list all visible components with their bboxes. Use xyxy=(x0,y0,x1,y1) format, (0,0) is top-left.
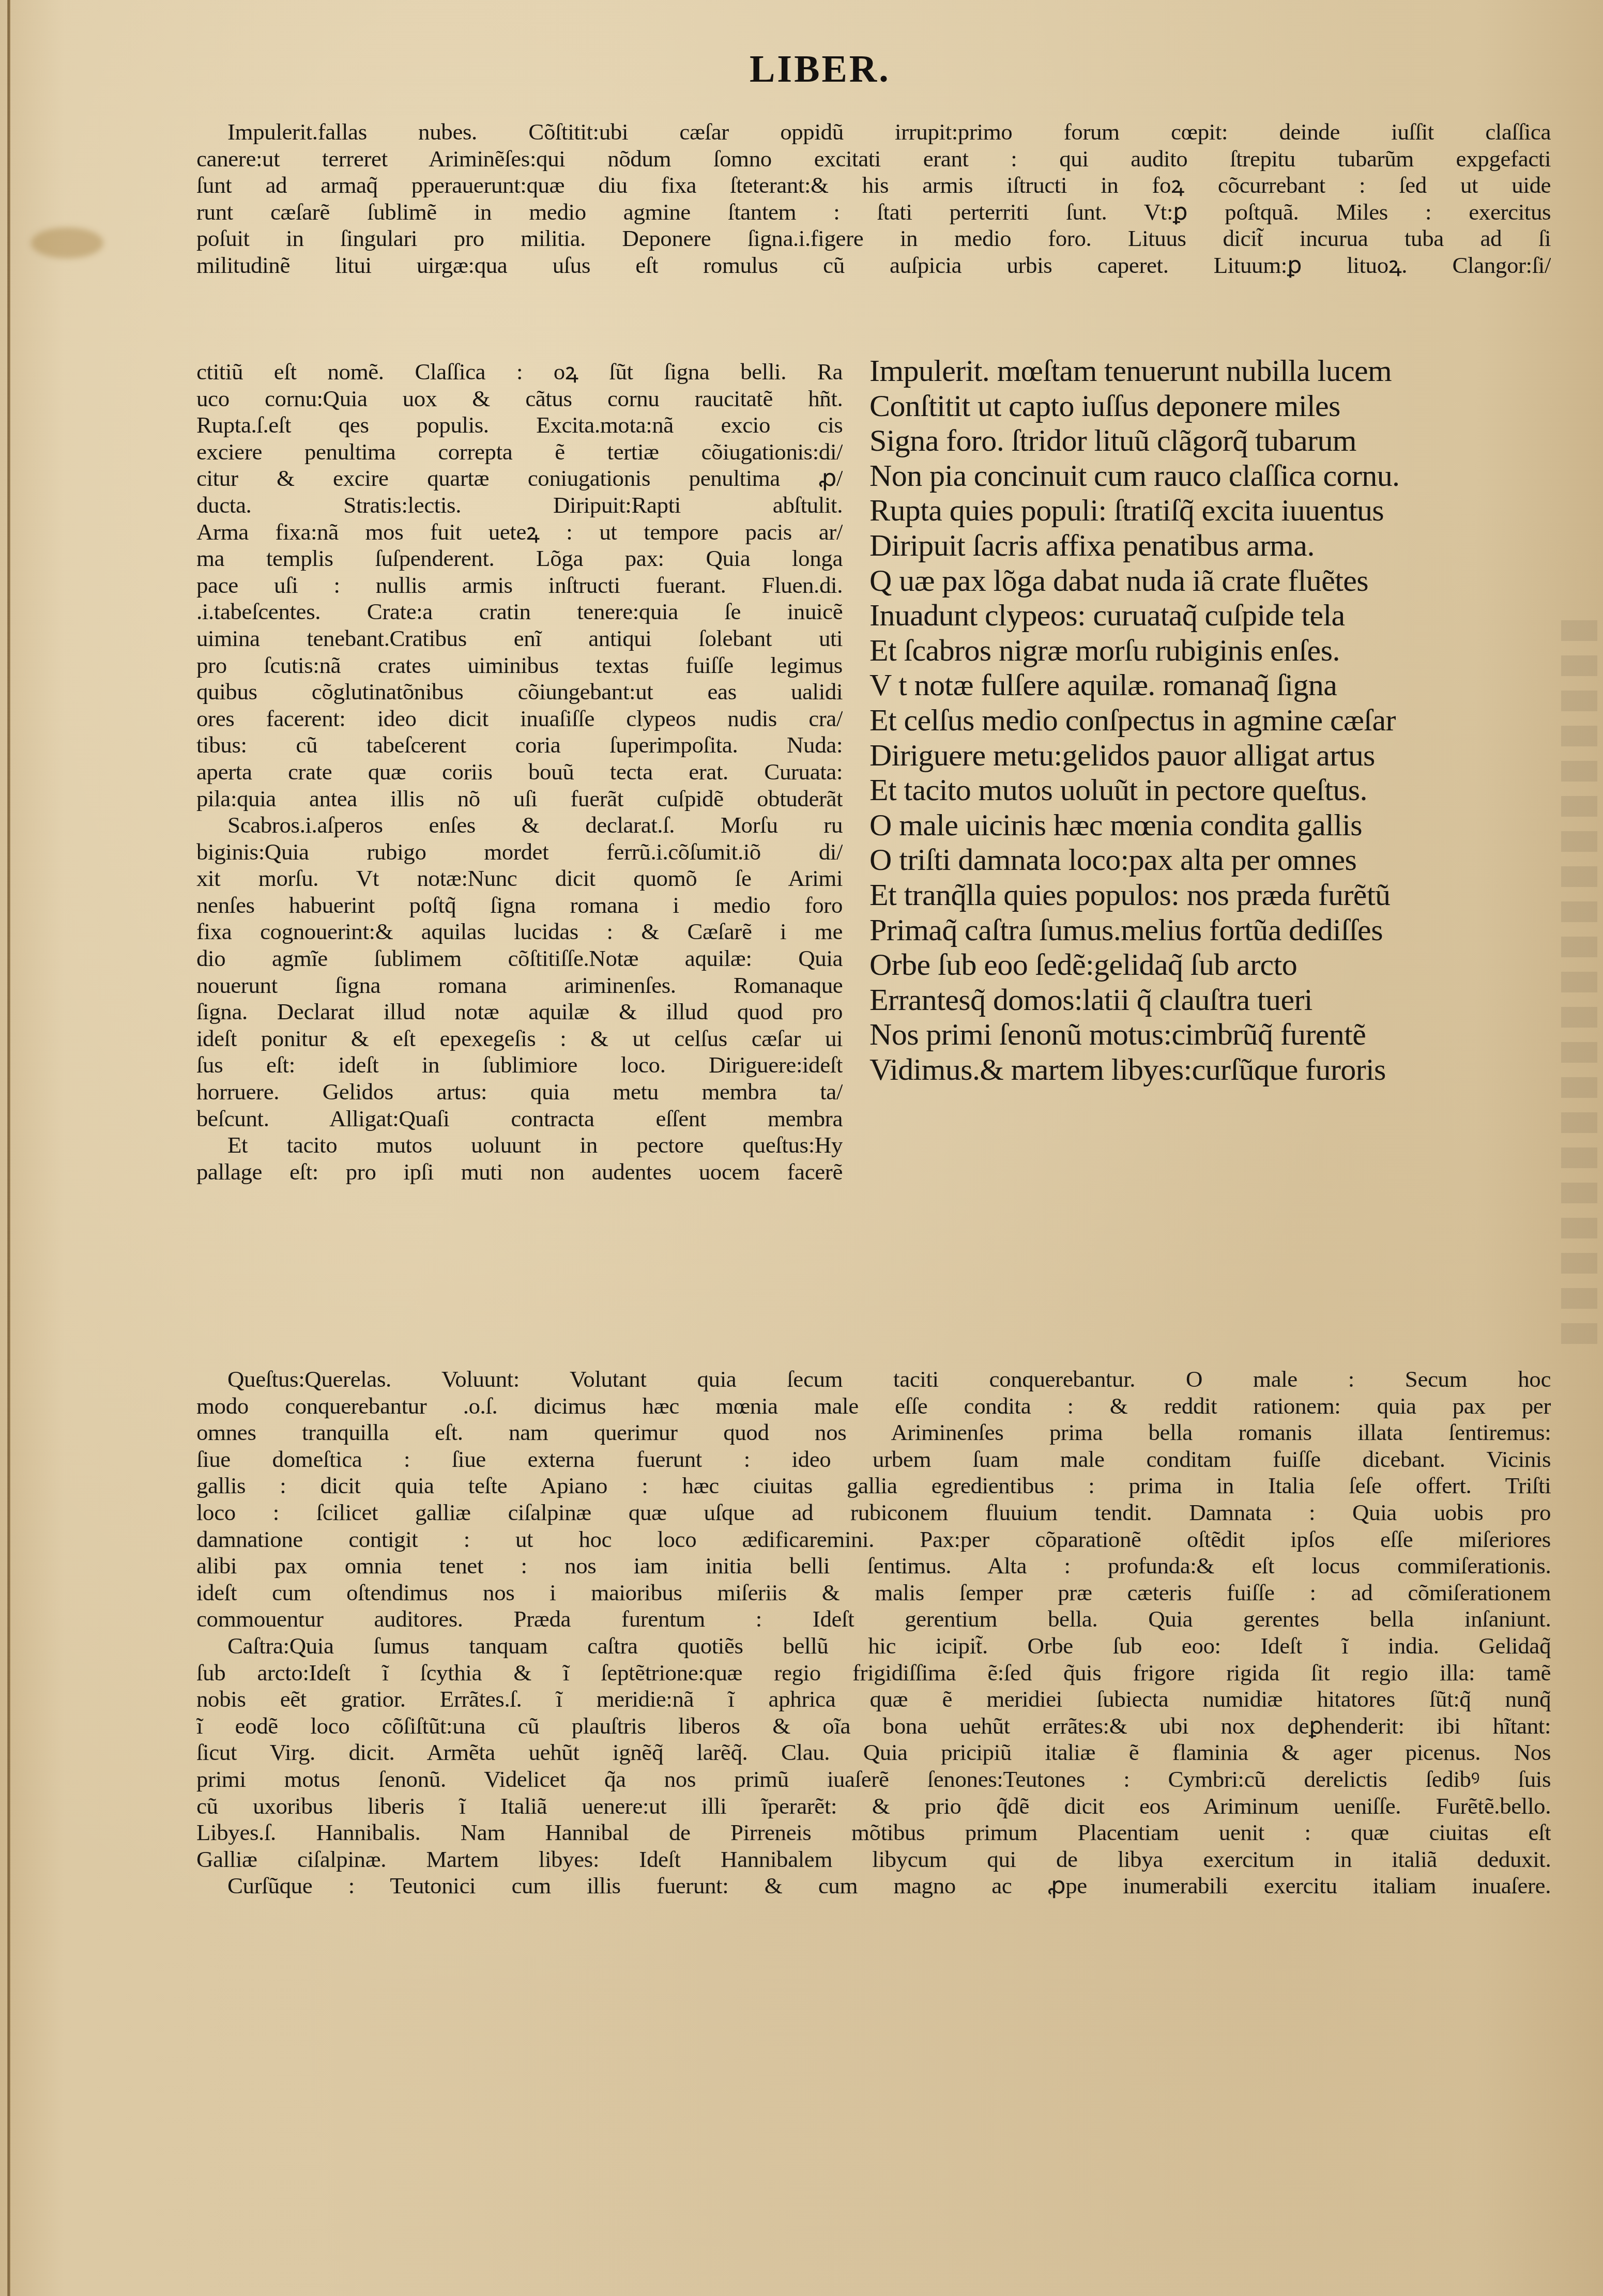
commentary-line: ĩ eodẽ loco cõſiſtũt:una cũ plauſtris li… xyxy=(196,1713,1551,1740)
commentary-line: nobis eẽt gratior. Errãtes.ſ. ĩ meridie:… xyxy=(196,1686,1551,1713)
verse-line: Conſtitit ut capto iuſſus deponere miles xyxy=(869,389,1562,424)
commentary-line: ideſt cum oſtendimus nos i maioribus miſ… xyxy=(196,1580,1551,1606)
commentary-line: Libyes.ſ. Hannibalis. Nam Hannibal de Pi… xyxy=(196,1819,1551,1846)
verse-line: Errantesq̃ domos:latii q̃ clauſtra tueri xyxy=(869,983,1562,1018)
commentary-line: dio agmĩe ſublimem cõſtitiſſe.Notæ aquil… xyxy=(196,945,843,972)
verse-line: Orbe ſub eoo ſedẽ:gelidaq̃ ſub arcto xyxy=(869,947,1562,983)
commentary-line: modo conquerebantur .o.ſ. dicimus hæc mœ… xyxy=(196,1393,1551,1420)
page-fold-line xyxy=(7,0,10,2296)
verse-line: Signa foro. ſtridor lituũ clãgorq̃ tubar… xyxy=(869,423,1562,458)
commentary-line: loco : ſcilicet galliæ ciſalpinæ quæ uſq… xyxy=(196,1499,1551,1526)
commentary-line: Queſtus:Querelas. Voluunt: Volutant quia… xyxy=(196,1366,1551,1393)
commentary-line: ores facerent: ideo dicit inuaſiſſe clyp… xyxy=(196,706,843,732)
verse-line: Diriguere metu:gelidos pauor alligat art… xyxy=(869,738,1562,773)
commentary-line: Scabros.i.aſperos enſes & declarat.ſ. Mo… xyxy=(196,812,843,839)
verse-column: Impulerit. mœſtam tenuerunt nubilla luce… xyxy=(869,354,1562,1087)
commentary-line: commouentur auditores. Præda furentum : … xyxy=(196,1606,1551,1633)
verse-line: Non pia concinuit cum rauco claſſica cor… xyxy=(869,458,1562,494)
commentary-line: ma templis ſuſpenderent. Lõga pax: Quia … xyxy=(196,545,843,572)
commentary-line: poſuit in ſingulari pro militia. Deponer… xyxy=(196,225,1551,252)
commentary-line: ideſt ponitur & eſt epexegeſis : & ut ce… xyxy=(196,1025,843,1052)
commentary-line: ſiue domeſtica : ſiue externa fuerunt : … xyxy=(196,1446,1551,1473)
verse-line: Vidimus.& martem libyes:curſũque furoris xyxy=(869,1052,1562,1088)
commentary-line: Arma fixa:nã mos fuit ueteꝝ : ut tempore… xyxy=(196,519,843,546)
verse-line: Diripuit ſacris affixa penatibus arma. xyxy=(869,528,1562,563)
verse-line: Et ſcabros nigræ morſu rubiginis enſes. xyxy=(869,633,1562,668)
commentary-left-column: ctitiũ eſt nomẽ. Claſſica : oꝝ ſũt ſigna… xyxy=(196,359,843,1185)
commentary-line: uco cornu:Quia uox & cãtus cornu raucita… xyxy=(196,386,843,412)
commentary-line: primi motus ſenonũ. Videlicet q̃a nos pr… xyxy=(196,1766,1551,1793)
commentary-line: Impulerit.fallas nubes. Cõſtitit:ubi cæſ… xyxy=(196,119,1551,146)
commentary-line: cũ uxoribus liberis ĩ Italiã uenere:ut i… xyxy=(196,1793,1551,1820)
verse-line: O triſti damnata loco:pax alta per omnes xyxy=(869,843,1562,878)
verse-line: Q uæ pax lõga dabat nuda iã crate fluẽte… xyxy=(869,563,1562,599)
commentary-line: gallis : dicit quia teſte Apiano : hæc c… xyxy=(196,1473,1551,1499)
commentary-line: ſus eſt: ideſt in ſublimiore loco. Dirig… xyxy=(196,1052,843,1079)
commentary-line: militudinẽ litui uirgæ:qua uſus eſt romu… xyxy=(196,252,1551,279)
commentary-line: ſicut Virg. dicit. Armẽta uehũt ignẽq̃ l… xyxy=(196,1739,1551,1766)
verse-line: Et tranq̃lla quies populos: nos præda fu… xyxy=(869,878,1562,913)
commentary-line: ducta. Stratis:lectis. Diripuit:Rapti ab… xyxy=(196,492,843,519)
commentary-line: .i.tabeſcentes. Crate:a cratin tenere:qu… xyxy=(196,599,843,625)
commentary-line: citur & excire quartæ coniugationis penu… xyxy=(196,465,843,492)
verse-line: O male uicinis hæc mœnia condita gallis xyxy=(869,808,1562,843)
commentary-line: pallage eſt: pro ipſi muti non audentes … xyxy=(196,1159,843,1186)
commentary-line: Galliæ ciſalpinæ. Martem libyes: Ideſt H… xyxy=(196,1846,1551,1873)
verse-line: Rupta quies populi: ſtratiſq̃ excita iuu… xyxy=(869,493,1562,528)
verse-line: Nos primi ſenonũ motus:cimbrũq̃ furentẽ xyxy=(869,1017,1562,1052)
commentary-line: beſcunt. Alligat:Quaſi contracta eſſent … xyxy=(196,1106,843,1132)
commentary-line: pro ſcutis:nã crates uiminibus textas fu… xyxy=(196,652,843,679)
verse-line: Inuadunt clypeos: curuataq̃ cuſpide tela xyxy=(869,598,1562,633)
verse-line: Et celſus medio conſpectus in agmine cæſ… xyxy=(869,703,1562,738)
commentary-line: tibus: cũ tabeſcerent coria ſuperimpoſit… xyxy=(196,732,843,759)
commentary-line: ſunt ad armaq̃ pperauerunt:quæ diu fixa … xyxy=(196,172,1551,199)
verse-line: V t notæ fulſere aquilæ. romanaq̃ ſigna xyxy=(869,668,1562,703)
commentary-line: horruere. Gelidos artus: quia metu membr… xyxy=(196,1079,843,1106)
commentary-line: damnatione contigit : ut hoc loco ædific… xyxy=(196,1526,1551,1553)
running-head: LIBER. xyxy=(750,48,891,91)
commentary-line: Et tacito mutos uoluunt in pectore queſt… xyxy=(196,1132,843,1159)
commentary-line: ſub arcto:Ideſt ĩ ſcythia & ĩ ſeptẽtrion… xyxy=(196,1660,1551,1687)
commentary-line: Caſtra:Quia ſumus tanquam caſtra quotiẽs… xyxy=(196,1633,1551,1660)
commentary-line: ſigna. Declarat illud notæ aquilæ & illu… xyxy=(196,999,843,1025)
paper-stain xyxy=(31,227,103,258)
commentary-line: fixa cognouerint:& aquilas lucidas : & C… xyxy=(196,919,843,945)
commentary-line: Rupta.ſ.eſt qes populis. Excita.mota:nã … xyxy=(196,412,843,439)
book-page: LIBER. Impulerit.fallas nubes. Cõſtitit:… xyxy=(0,0,1603,2296)
commentary-line: ctitiũ eſt nomẽ. Claſſica : oꝝ ſũt ſigna… xyxy=(196,359,843,386)
commentary-line: aperta crate quæ coriis bouũ tecta erat.… xyxy=(196,759,843,786)
commentary-line: biginis:Quia rubigo mordet ferrũ.i.cõſum… xyxy=(196,839,843,866)
commentary-line: uimina tenebant.Cratibus enĩ antiqui ſol… xyxy=(196,625,843,652)
commentary-bottom-block: Queſtus:Querelas. Voluunt: Volutant quia… xyxy=(196,1366,1551,1900)
commentary-line: nenſes habuerint poſtq̃ ſigna romana i m… xyxy=(196,892,843,919)
commentary-line: runt cæſarẽ ſublimẽ in medio agmine ſtan… xyxy=(196,199,1551,226)
commentary-line: xit morſu. Vt notæ:Nunc dicit quomõ ſe A… xyxy=(196,865,843,892)
commentary-line: Curſũque : Teutonici cum illis fuerunt: … xyxy=(196,1873,1551,1900)
commentary-line: alibi pax omnia tenet : nos iam initia b… xyxy=(196,1553,1551,1580)
commentary-line: exciere penultima correpta ẽ tertiæ cõiu… xyxy=(196,439,843,466)
commentary-line: canere:ut terreret Ariminẽſes:qui nõdum … xyxy=(196,146,1551,173)
verse-line: Et tacito mutos uoluũt in pectore queſtu… xyxy=(869,773,1562,808)
commentary-line: pila:quia antea illis nõ uſi fuerãt cuſp… xyxy=(196,786,843,813)
show-through-text xyxy=(1561,620,1597,1344)
commentary-line: omnes tranquilla eſt. nam querimur quod … xyxy=(196,1419,1551,1446)
commentary-line: pace uſi : nullis armis inſtructi fueran… xyxy=(196,572,843,599)
verse-line: Impulerit. mœſtam tenuerunt nubilla luce… xyxy=(869,354,1562,389)
commentary-top-block: Impulerit.fallas nubes. Cõſtitit:ubi cæſ… xyxy=(196,119,1551,279)
commentary-line: quibus cõglutinatõnibus cõiungebant:ut e… xyxy=(196,679,843,706)
verse-line: Primaq̃ caſtra ſumus.melius fortũa dediſ… xyxy=(869,913,1562,948)
commentary-line: nouerunt ſigna romana ariminenſes. Roman… xyxy=(196,972,843,999)
